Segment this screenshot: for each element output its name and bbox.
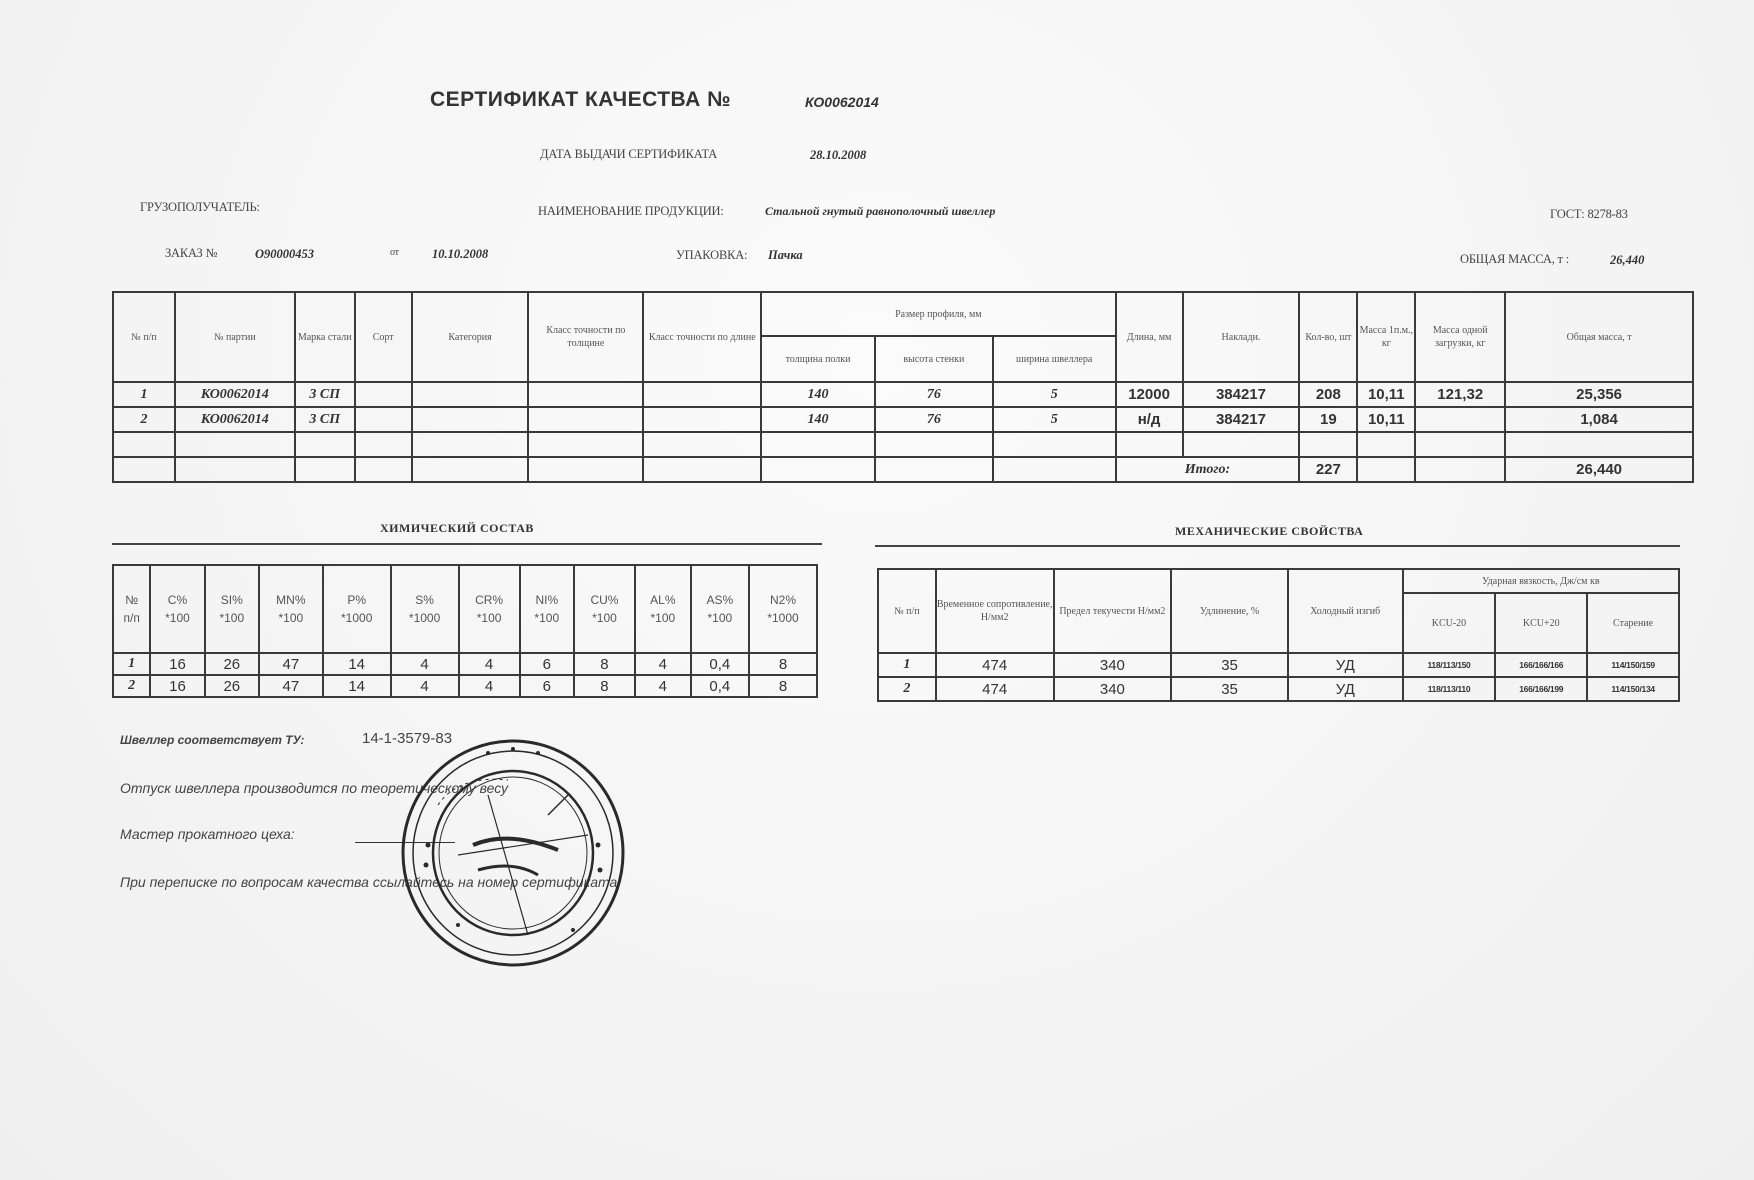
row-accuracy-thickness [528, 407, 643, 432]
row-category [412, 407, 529, 432]
chem-header-5: S%*1000 [391, 565, 459, 653]
chem-multiplier: *1000 [750, 609, 816, 627]
chem-header-10: AS%*100 [691, 565, 749, 653]
chem-header-2: SI%*100 [205, 565, 259, 653]
col-total-mass-header: Общая масса, т [1505, 292, 1693, 382]
row-width: 5 [993, 407, 1116, 432]
chem-element: CR% [460, 591, 519, 609]
col-qty-header: Кол-во, шт [1299, 292, 1357, 382]
chem-cell: 8 [574, 675, 635, 697]
row-mass-per-bundle: 121,32 [1415, 382, 1505, 407]
main-table: № п/п № партии Марка стали Сорт Категори… [112, 291, 1694, 483]
col-mass-per-bundle-header: Масса одной загрузки, кг [1415, 292, 1505, 382]
table-row-empty [113, 432, 1693, 457]
total-mass: 26,440 [1505, 457, 1693, 482]
row-mass-per-m: 10,11 [1357, 382, 1415, 407]
row-sort [355, 382, 412, 407]
chem-header-9: AL%*100 [635, 565, 691, 653]
row-sort [355, 407, 412, 432]
row-length: н/д [1116, 407, 1183, 432]
col-length-header: Длина, мм [1116, 292, 1183, 382]
row-invoice: 384217 [1183, 407, 1300, 432]
chem-element: N2% [750, 591, 816, 609]
order-label: ЗАКАЗ № [165, 246, 217, 261]
chem-cell: 2 [113, 675, 150, 697]
col-accuracy-thickness-header: Класс точности по толщине [528, 292, 643, 382]
table-row: 2 474 340 35 УД 118/113/110 166/166/199 … [878, 677, 1679, 701]
row-accuracy-length [643, 382, 761, 407]
chem-cell: 4 [635, 675, 691, 697]
row-thickness: 140 [761, 382, 875, 407]
chem-cell: 14 [323, 675, 391, 697]
chem-multiplier: *1000 [392, 609, 458, 627]
chem-element: S% [392, 591, 458, 609]
row-steel-grade: 3 СП [295, 407, 355, 432]
mech-kcu-plus20: 166/166/199 [1495, 677, 1587, 701]
chem-header-1: C%*100 [150, 565, 204, 653]
row-height: 76 [875, 382, 993, 407]
mech-tensile-header: Временное сопротивление, Н/мм2 [936, 569, 1054, 653]
chem-element: P% [324, 591, 390, 609]
chem-cell: 0,4 [691, 675, 749, 697]
chem-header-6: CR%*100 [459, 565, 520, 653]
mech-impact-header: Ударная вязкость, Дж/см кв [1403, 569, 1679, 593]
table-row: 116264714446840,48 [113, 653, 817, 675]
table-row: 2 КО0062014 3 СП 140 76 5 н/д 384217 19 … [113, 407, 1693, 432]
official-stamp-icon [398, 735, 628, 970]
total-qty: 227 [1299, 457, 1357, 482]
chem-cell: 0,4 [691, 653, 749, 675]
mech-kcu-plus20-header: KCU+20 [1495, 593, 1587, 653]
table-row-total: Итого: 227 26,440 [113, 457, 1693, 482]
mech-num-header: № п/п [878, 569, 936, 653]
order-from-label: от [390, 247, 399, 258]
mech-bend-header: Холодный изгиб [1288, 569, 1403, 653]
chem-cell: 4 [459, 653, 520, 675]
mech-kcu-minus20: 118/113/150 [1403, 653, 1496, 677]
chem-cell: 6 [520, 653, 574, 675]
col-thickness-header: толщина полки [761, 336, 875, 382]
mech-tensile: 474 [936, 653, 1054, 677]
table-row: 1 474 340 35 УД 118/113/150 166/166/166 … [878, 653, 1679, 677]
certificate-number: КО0062014 [805, 94, 879, 110]
chem-element: MN% [260, 591, 322, 609]
mechanical-table: № п/п Временное сопротивление, Н/мм2 Пре… [877, 568, 1680, 702]
mech-yield-header: Предел текучести Н/мм2 [1054, 569, 1172, 653]
consignee-label: ГРУЗОПОЛУЧАТЕЛЬ: [140, 200, 260, 215]
row-invoice: 384217 [1183, 382, 1300, 407]
chem-multiplier: *100 [206, 609, 258, 627]
row-mass-per-m: 10,11 [1357, 407, 1415, 432]
chemical-divider [112, 543, 822, 545]
chem-cell: 16 [150, 675, 204, 697]
order-date: 10.10.2008 [432, 247, 488, 262]
certificate-title: СЕРТИФИКАТ КАЧЕСТВА № [430, 88, 731, 112]
chem-header-4: P%*1000 [323, 565, 391, 653]
chem-cell: 1 [113, 653, 150, 675]
chem-cell: 6 [520, 675, 574, 697]
col-category-header: Категория [412, 292, 529, 382]
col-invoice-header: Накладн. [1183, 292, 1300, 382]
total-label: Итого: [1116, 457, 1300, 482]
chem-cell: 8 [574, 653, 635, 675]
row-width: 5 [993, 382, 1116, 407]
mech-aging-header: Старение [1587, 593, 1679, 653]
col-sort-header: Сорт [355, 292, 412, 382]
issue-date-label: ДАТА ВЫДАЧИ СЕРТИФИКАТА [540, 147, 717, 162]
row-num: 1 [113, 382, 175, 407]
row-accuracy-length [643, 407, 761, 432]
row-length: 12000 [1116, 382, 1183, 407]
row-batch: КО0062014 [175, 382, 295, 407]
mech-tensile: 474 [936, 677, 1054, 701]
chem-multiplier: п/п [114, 609, 149, 627]
packing-label: УПАКОВКА: [676, 248, 747, 263]
chemical-section-title: ХИМИЧЕСКИЙ СОСТАВ [380, 521, 534, 536]
row-qty: 208 [1299, 382, 1357, 407]
chem-cell: 4 [391, 675, 459, 697]
chem-multiplier: *100 [692, 609, 748, 627]
chem-element: CU% [575, 591, 634, 609]
mech-yield: 340 [1054, 677, 1172, 701]
issue-date: 28.10.2008 [810, 148, 866, 163]
packing-value: Пачка [768, 248, 803, 263]
mech-kcu-minus20-header: KCU-20 [1403, 593, 1496, 653]
chem-cell: 47 [259, 653, 323, 675]
chem-multiplier: *100 [575, 609, 634, 627]
chem-header-0: №п/п [113, 565, 150, 653]
col-width-header: ширина швеллера [993, 336, 1116, 382]
master-label: Мастер прокатного цеха: [120, 826, 295, 842]
chem-element: AS% [692, 591, 748, 609]
mech-elongation: 35 [1171, 653, 1288, 677]
order-number: О90000453 [255, 247, 314, 262]
mech-aging: 114/150/134 [1587, 677, 1679, 701]
row-batch: КО0062014 [175, 407, 295, 432]
row-accuracy-thickness [528, 382, 643, 407]
row-qty: 19 [1299, 407, 1357, 432]
chem-header-7: NI%*100 [520, 565, 574, 653]
row-total-mass: 25,356 [1505, 382, 1693, 407]
chem-multiplier: *100 [636, 609, 690, 627]
tu-label: Швеллер соответствует ТУ: [120, 733, 304, 747]
col-height-header: высота стенки [875, 336, 993, 382]
chem-cell: 47 [259, 675, 323, 697]
chemical-table: №п/пC%*100SI%*100MN%*100P%*1000S%*1000CR… [112, 564, 818, 698]
chem-multiplier: *100 [260, 609, 322, 627]
table-row: 216264714446840,48 [113, 675, 817, 697]
row-thickness: 140 [761, 407, 875, 432]
chem-multiplier: *100 [151, 609, 203, 627]
row-height: 76 [875, 407, 993, 432]
mechanical-section-title: МЕХАНИЧЕСКИЕ СВОЙСТВА [1175, 524, 1363, 539]
mechanical-divider [875, 545, 1680, 547]
col-steel-grade-header: Марка стали [295, 292, 355, 382]
chem-header-11: N2%*1000 [749, 565, 817, 653]
row-mass-per-bundle [1415, 407, 1505, 432]
col-batch-header: № партии [175, 292, 295, 382]
row-num: 2 [113, 407, 175, 432]
chem-header-8: CU%*100 [574, 565, 635, 653]
mech-num: 2 [878, 677, 936, 701]
gost: ГОСТ: 8278-83 [1550, 207, 1628, 222]
table-row: 1 КО0062014 3 СП 140 76 5 12000 384217 2… [113, 382, 1693, 407]
row-steel-grade: 3 СП [295, 382, 355, 407]
chem-element: № [114, 591, 149, 609]
chem-cell: 8 [749, 653, 817, 675]
chem-multiplier: *1000 [324, 609, 390, 627]
chem-element: C% [151, 591, 203, 609]
row-total-mass: 1,084 [1505, 407, 1693, 432]
mech-elongation: 35 [1171, 677, 1288, 701]
chem-cell: 26 [205, 653, 259, 675]
chem-cell: 4 [459, 675, 520, 697]
mech-elongation-header: Удлинение, % [1171, 569, 1288, 653]
chem-header-3: MN%*100 [259, 565, 323, 653]
chem-cell: 26 [205, 675, 259, 697]
total-mass-label: ОБЩАЯ МАССА, т : [1460, 252, 1569, 267]
product-label: НАИМЕНОВАНИЕ ПРОДУКЦИИ: [538, 204, 724, 219]
chem-cell: 16 [150, 653, 204, 675]
col-profile-size-header: Размер профиля, мм [761, 292, 1115, 336]
chem-cell: 4 [391, 653, 459, 675]
mech-aging: 114/150/159 [1587, 653, 1679, 677]
chem-element: NI% [521, 591, 573, 609]
mech-num: 1 [878, 653, 936, 677]
row-category [412, 382, 529, 407]
product-name: Стальной гнутый равнополочный швеллер [765, 204, 995, 219]
col-accuracy-length-header: Класс точности по длине [643, 292, 761, 382]
chem-cell: 14 [323, 653, 391, 675]
mech-kcu-plus20: 166/166/166 [1495, 653, 1587, 677]
chem-multiplier: *100 [521, 609, 573, 627]
mech-bend: УД [1288, 677, 1403, 701]
col-num-header: № п/п [113, 292, 175, 382]
chem-multiplier: *100 [460, 609, 519, 627]
col-mass-per-m-header: Масса 1п.м., кг [1357, 292, 1415, 382]
mech-kcu-minus20: 118/113/110 [1403, 677, 1496, 701]
mech-bend: УД [1288, 653, 1403, 677]
mech-yield: 340 [1054, 653, 1172, 677]
chem-cell: 8 [749, 675, 817, 697]
total-mass-value: 26,440 [1610, 253, 1644, 268]
chem-element: AL% [636, 591, 690, 609]
chem-cell: 4 [635, 653, 691, 675]
chem-element: SI% [206, 591, 258, 609]
